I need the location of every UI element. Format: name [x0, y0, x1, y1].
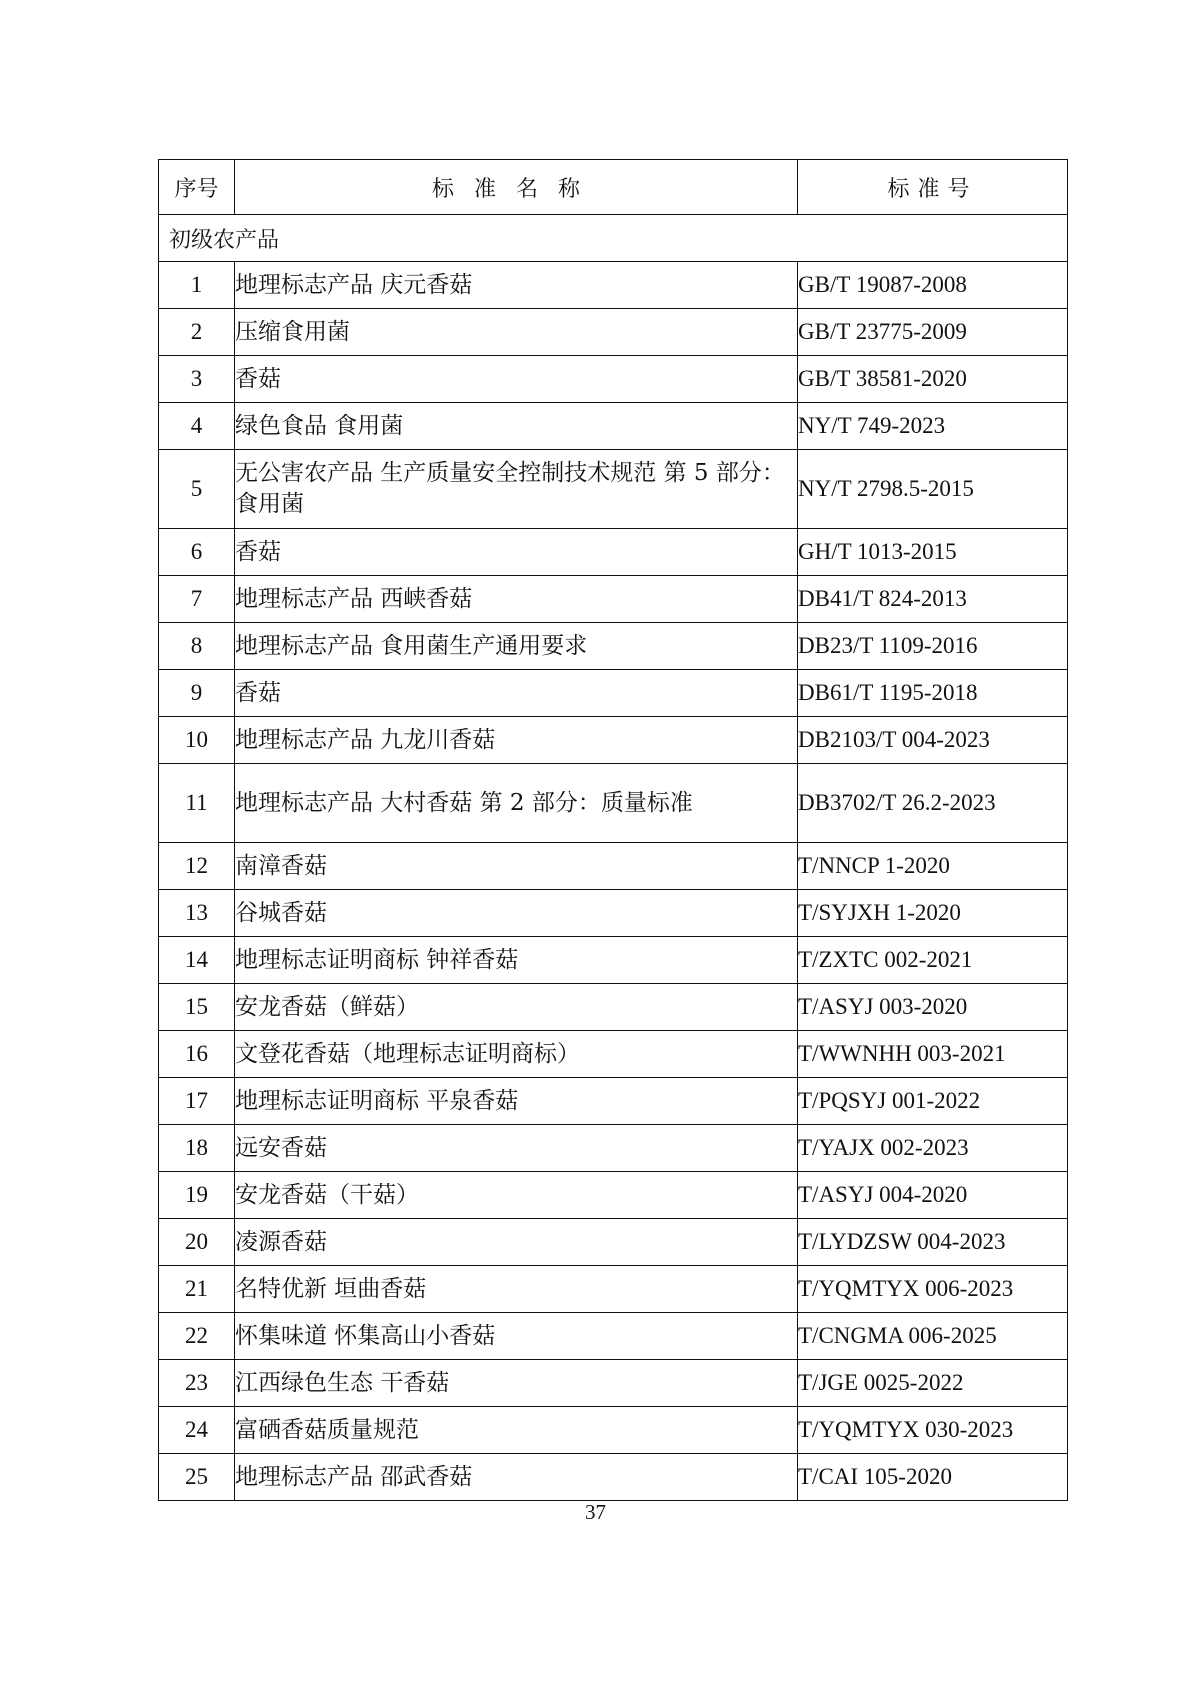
table-row: 9香菇DB61/T 1195-2018 [159, 670, 1068, 717]
row-standard-name: 远安香菇 [235, 1125, 798, 1172]
row-standard-code: T/YAJX 002-2023 [798, 1125, 1068, 1172]
table-row: 6香菇GH/T 1013-2015 [159, 529, 1068, 576]
row-standard-name: 香菇 [235, 356, 798, 403]
row-standard-name: 安龙香菇（鲜菇） [235, 984, 798, 1031]
row-standard-name: 富硒香菇质量规范 [235, 1407, 798, 1454]
row-serial-number: 22 [159, 1313, 235, 1360]
row-serial-number: 9 [159, 670, 235, 717]
row-serial-number: 5 [159, 450, 235, 529]
row-standard-name: 香菇 [235, 529, 798, 576]
table-row: 13谷城香菇T/SYJXH 1-2020 [159, 890, 1068, 937]
table-row: 8地理标志产品 食用菌生产通用要求DB23/T 1109-2016 [159, 623, 1068, 670]
header-standard-code: 标准号 [798, 160, 1068, 215]
row-standard-code: GB/T 23775-2009 [798, 309, 1068, 356]
row-standard-code: T/YQMTYX 006-2023 [798, 1266, 1068, 1313]
row-serial-number: 4 [159, 403, 235, 450]
row-standard-code: T/JGE 0025-2022 [798, 1360, 1068, 1407]
table-row: 4绿色食品 食用菌NY/T 749-2023 [159, 403, 1068, 450]
row-serial-number: 23 [159, 1360, 235, 1407]
row-serial-number: 8 [159, 623, 235, 670]
row-standard-name: 南漳香菇 [235, 843, 798, 890]
row-standard-name: 地理标志产品 九龙川香菇 [235, 717, 798, 764]
row-standard-name: 文登花香菇（地理标志证明商标） [235, 1031, 798, 1078]
page-number: 37 [0, 1500, 1191, 1525]
row-standard-code: T/WWNHH 003-2021 [798, 1031, 1068, 1078]
row-serial-number: 3 [159, 356, 235, 403]
table-row: 14地理标志证明商标 钟祥香菇T/ZXTC 002-2021 [159, 937, 1068, 984]
row-standard-code: DB3702/T 26.2-2023 [798, 764, 1068, 843]
row-serial-number: 12 [159, 843, 235, 890]
row-standard-code: T/PQSYJ 001-2022 [798, 1078, 1068, 1125]
table-row: 11地理标志产品 大村香菇 第 2 部分：质量标准DB3702/T 26.2-2… [159, 764, 1068, 843]
row-standard-code: T/ASYJ 004-2020 [798, 1172, 1068, 1219]
row-standard-code: T/LYDZSW 004-2023 [798, 1219, 1068, 1266]
row-standard-code: NY/T 749-2023 [798, 403, 1068, 450]
table-row: 1地理标志产品 庆元香菇GB/T 19087-2008 [159, 262, 1068, 309]
row-standard-name: 香菇 [235, 670, 798, 717]
row-standard-name: 绿色食品 食用菌 [235, 403, 798, 450]
table-row: 7地理标志产品 西峡香菇DB41/T 824-2013 [159, 576, 1068, 623]
category-label: 初级农产品 [159, 215, 1068, 262]
row-standard-name: 地理标志产品 西峡香菇 [235, 576, 798, 623]
table-row: 21名特优新 垣曲香菇T/YQMTYX 006-2023 [159, 1266, 1068, 1313]
row-standard-name: 地理标志证明商标 平泉香菇 [235, 1078, 798, 1125]
document-page: 序号 标准名称 标准号 初级农产品 1地理标志产品 庆元香菇GB/T 19087… [0, 0, 1191, 1684]
row-standard-code: T/ASYJ 003-2020 [798, 984, 1068, 1031]
row-standard-name: 地理标志产品 食用菌生产通用要求 [235, 623, 798, 670]
table-row: 17地理标志证明商标 平泉香菇T/PQSYJ 001-2022 [159, 1078, 1068, 1125]
row-standard-name: 谷城香菇 [235, 890, 798, 937]
row-standard-name: 地理标志产品 邵武香菇 [235, 1454, 798, 1501]
table-row: 10地理标志产品 九龙川香菇DB2103/T 004-2023 [159, 717, 1068, 764]
row-standard-name: 无公害农产品 生产质量安全控制技术规范 第 5 部分：食用菌 [235, 450, 798, 529]
table-row: 22怀集味道 怀集高山小香菇T/CNGMA 006-2025 [159, 1313, 1068, 1360]
row-serial-number: 19 [159, 1172, 235, 1219]
row-standard-code: GH/T 1013-2015 [798, 529, 1068, 576]
table-row: 12南漳香菇T/NNCP 1-2020 [159, 843, 1068, 890]
table-row: 23江西绿色生态 干香菇T/JGE 0025-2022 [159, 1360, 1068, 1407]
row-standard-code: T/SYJXH 1-2020 [798, 890, 1068, 937]
row-standard-name: 地理标志产品 大村香菇 第 2 部分：质量标准 [235, 764, 798, 843]
table-row: 18远安香菇T/YAJX 002-2023 [159, 1125, 1068, 1172]
row-standard-name: 怀集味道 怀集高山小香菇 [235, 1313, 798, 1360]
header-serial-number: 序号 [159, 160, 235, 215]
row-serial-number: 7 [159, 576, 235, 623]
row-serial-number: 24 [159, 1407, 235, 1454]
row-standard-code: DB23/T 1109-2016 [798, 623, 1068, 670]
row-standard-name: 地理标志产品 庆元香菇 [235, 262, 798, 309]
row-standard-code: DB61/T 1195-2018 [798, 670, 1068, 717]
row-serial-number: 25 [159, 1454, 235, 1501]
row-serial-number: 11 [159, 764, 235, 843]
row-standard-name: 江西绿色生态 干香菇 [235, 1360, 798, 1407]
standards-table: 序号 标准名称 标准号 初级农产品 1地理标志产品 庆元香菇GB/T 19087… [158, 159, 1068, 1501]
row-standard-code: T/NNCP 1-2020 [798, 843, 1068, 890]
row-standard-name: 凌源香菇 [235, 1219, 798, 1266]
table-header-row: 序号 标准名称 标准号 [159, 160, 1068, 215]
row-serial-number: 14 [159, 937, 235, 984]
table-row: 15安龙香菇（鲜菇）T/ASYJ 003-2020 [159, 984, 1068, 1031]
row-standard-name: 压缩食用菌 [235, 309, 798, 356]
table-row: 25地理标志产品 邵武香菇T/CAI 105-2020 [159, 1454, 1068, 1501]
row-serial-number: 21 [159, 1266, 235, 1313]
table-row: 24富硒香菇质量规范T/YQMTYX 030-2023 [159, 1407, 1068, 1454]
row-standard-name: 安龙香菇（干菇） [235, 1172, 798, 1219]
row-serial-number: 2 [159, 309, 235, 356]
row-standard-code: DB41/T 824-2013 [798, 576, 1068, 623]
row-standard-code: T/CNGMA 006-2025 [798, 1313, 1068, 1360]
row-serial-number: 17 [159, 1078, 235, 1125]
table-row: 19安龙香菇（干菇）T/ASYJ 004-2020 [159, 1172, 1068, 1219]
row-standard-code: NY/T 2798.5-2015 [798, 450, 1068, 529]
table-row: 16文登花香菇（地理标志证明商标）T/WWNHH 003-2021 [159, 1031, 1068, 1078]
row-standard-code: T/YQMTYX 030-2023 [798, 1407, 1068, 1454]
category-row: 初级农产品 [159, 215, 1068, 262]
row-serial-number: 15 [159, 984, 235, 1031]
table-row: 5无公害农产品 生产质量安全控制技术规范 第 5 部分：食用菌NY/T 2798… [159, 450, 1068, 529]
table-row: 20凌源香菇T/LYDZSW 004-2023 [159, 1219, 1068, 1266]
row-serial-number: 10 [159, 717, 235, 764]
row-standard-code: T/ZXTC 002-2021 [798, 937, 1068, 984]
row-serial-number: 1 [159, 262, 235, 309]
row-standard-code: GB/T 38581-2020 [798, 356, 1068, 403]
row-serial-number: 18 [159, 1125, 235, 1172]
row-serial-number: 13 [159, 890, 235, 937]
header-standard-name: 标准名称 [235, 160, 798, 215]
row-serial-number: 20 [159, 1219, 235, 1266]
row-standard-name: 名特优新 垣曲香菇 [235, 1266, 798, 1313]
row-standard-name: 地理标志证明商标 钟祥香菇 [235, 937, 798, 984]
table-row: 3香菇GB/T 38581-2020 [159, 356, 1068, 403]
row-serial-number: 6 [159, 529, 235, 576]
row-standard-code: GB/T 19087-2008 [798, 262, 1068, 309]
table-row: 2压缩食用菌GB/T 23775-2009 [159, 309, 1068, 356]
row-serial-number: 16 [159, 1031, 235, 1078]
row-standard-code: T/CAI 105-2020 [798, 1454, 1068, 1501]
row-standard-code: DB2103/T 004-2023 [798, 717, 1068, 764]
